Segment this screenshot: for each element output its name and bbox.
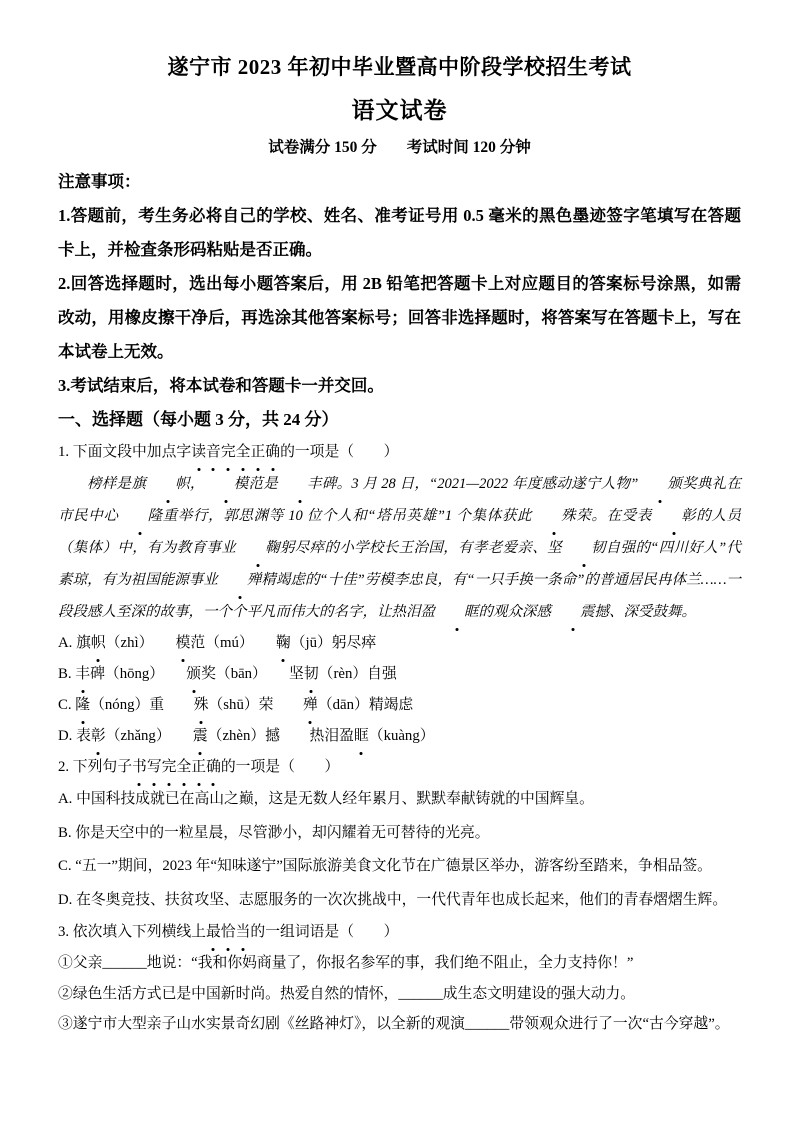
emphasis-dot-char: 音 xyxy=(206,437,221,468)
emphasis-dot-char: 殊 xyxy=(194,690,209,721)
emphasis-dot-char: 帜 xyxy=(146,468,190,500)
emphasis-dot-char: 颁 xyxy=(186,659,201,690)
emphasis-dot-char: 震 xyxy=(193,721,208,752)
full-score-text: 试卷满分 150 分 xyxy=(268,139,377,156)
notice-heading: 注意事项： xyxy=(58,165,741,199)
emphasis-dot-char: 殊 xyxy=(532,500,576,532)
question-3-item-2: ②绿色生活方式已是中国新时尚。热爱自然的情怀，______成生态文明建设的强大动… xyxy=(58,979,741,1010)
paper-meta: 试卷满分 150 分 考试时间 120 分钟 xyxy=(58,137,741,158)
emphasis-dot-char: 帜 xyxy=(91,628,106,659)
question-2-option-c: C. “五一”期间，2023 年“知味遂宁”国际旅游美食文化节在广德景区举办，游… xyxy=(58,850,741,884)
emphasis-dot-char: 确 xyxy=(206,752,221,783)
question-1-option-b: B. 丰碑（hōng） 颁奖（bān） 坚韧（rèn）自强 xyxy=(58,659,741,690)
emphasis-dot-char: 正 xyxy=(250,437,265,468)
question-1-option-d: D. 表彰（zhǎng） 震（zhèn）撼 热泪盈眶（kuàng） xyxy=(58,721,741,752)
emphasis-dot-char: 模 xyxy=(205,468,249,500)
exam-paper-page: 遂宁市 2023 年初中毕业暨高中阶段学校招生考试 语文试卷 试卷满分 150 … xyxy=(0,0,793,1122)
emphasis-dot-char: 正 xyxy=(191,752,206,783)
emphasis-dot-char: 写 xyxy=(147,752,162,783)
notice-item-3: 3.考试结束后，将本试卷和答题卡一并交回。 xyxy=(58,369,741,403)
emphasis-dot-char: 丰 xyxy=(278,468,322,500)
emphasis-dot-char: 眶 xyxy=(435,596,479,628)
question-1-option-c: C. 隆（nóng）重 殊（shū）荣 殚（dān）精竭虑 xyxy=(58,690,741,721)
emphasis-dot-char: 完 xyxy=(162,752,177,783)
emphasis-dot-char: 韧 xyxy=(304,659,319,690)
emphasis-dot-char: 全 xyxy=(236,437,251,468)
question-1-stem: 1. 下面文段中加点字读音完全正确的一项是（ ） xyxy=(58,437,741,468)
paper-title: 遂宁市 2023 年初中毕业暨高中阶段学校招生考试 xyxy=(58,52,741,82)
emphasis-dot-char: 彰 xyxy=(91,721,106,752)
emphasis-dot-char: 殚 xyxy=(303,690,318,721)
question-2-option-b: B. 你是天空中的一粒星晨，尽管渺小，却闪耀着无可替待的光亮。 xyxy=(58,817,741,851)
emphasis-dot-char: 震 xyxy=(551,596,595,628)
emphasis-dot-char: 完 xyxy=(221,437,236,468)
emphasis-dot-char: 读 xyxy=(191,437,206,468)
emphasis-dot-char: 书 xyxy=(132,752,147,783)
question-1-passage: 榜样是旗帜，模范是丰碑。3 月 28 日，“2021—2022 年度感动遂宁人物… xyxy=(58,468,741,628)
question-3-item-1: ①父亲______地说：“我和你妈商量了，你报名参军的事，我们绝不阻止，全力支持… xyxy=(58,948,741,979)
emphasis-dot-char: 彰 xyxy=(652,500,696,532)
question-2-option-d: D. 在冬奥竞技、扶贫攻坚、志愿服务的一次次挑战中，一代代青年也成长起来，他们的… xyxy=(58,884,741,918)
emphasis-dot-char: 鞠 xyxy=(276,628,291,659)
emphasis-dot-char: 隆 xyxy=(119,500,163,532)
question-3-item-3: ③遂宁市大型亲子山水实景奇幻剧《丝路神灯》，以全新的观演______带领观众进行… xyxy=(58,1009,741,1040)
emphasis-dot-char: 最 xyxy=(206,917,221,948)
paper-subtitle: 语文试卷 xyxy=(58,95,741,126)
emphasis-dot-char: 眶 xyxy=(354,721,369,752)
question-1-option-a: A. 旗帜（zhì） 模范（mú） 鞠（jū）躬尽瘁 xyxy=(58,628,741,659)
question-2-stem: 2. 下列句子书写完全正确的一项是（ ） xyxy=(58,752,741,783)
emphasis-dot-char: 殚 xyxy=(218,564,262,596)
notice-item-1: 1.答题前，考生务必将自己的学校、姓名、准考证号用 0.5 毫米的黑色墨迹签字笔… xyxy=(58,199,741,267)
question-3-stem: 3. 依次填入下列横线上最恰当的一组词语是（ ） xyxy=(58,917,741,948)
emphasis-dot-char: 模 xyxy=(176,628,191,659)
exam-duration-text: 考试时间 120 分钟 xyxy=(407,139,531,156)
emphasis-dot-char: 韧 xyxy=(562,532,606,564)
section-heading: 一、选择题（每小题 3 分，共 24 分） xyxy=(58,403,741,437)
emphasis-dot-char: 隆 xyxy=(75,690,90,721)
emphasis-dot-char: 鞠 xyxy=(236,532,280,564)
emphasis-dot-char: 恰 xyxy=(221,917,236,948)
emphasis-dot-char: 确 xyxy=(265,437,280,468)
emphasis-dot-char: 颁 xyxy=(638,468,682,500)
emphasis-dot-char: 当 xyxy=(236,917,251,948)
emphasis-dot-char: 全 xyxy=(176,752,191,783)
question-2-option-a: A. 中国科技成就已在高山之巅，这是无数人经年累月、默默奉献铸就的中国辉皇。 xyxy=(58,783,741,817)
notice-item-2: 2.回答选择题时，选出每小题答案后，用 2B 铅笔把答题卡上对应题目的答案标号涂… xyxy=(58,267,741,369)
emphasis-dot-char: 丰 xyxy=(75,659,90,690)
